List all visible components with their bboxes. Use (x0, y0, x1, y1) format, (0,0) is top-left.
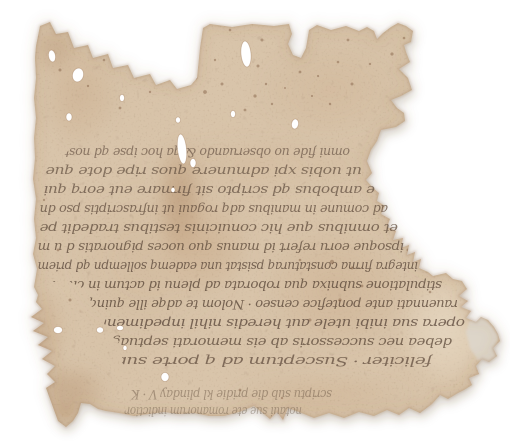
script-line-9: rauennati ante pontefice censeo · Nolom … (35, 296, 458, 311)
script-line-1: omni fide uo obseruando & qa hoc ipse qd… (51, 144, 350, 159)
script-line-3: e ambobus qd scripto sit firmare eut eor… (44, 182, 375, 197)
script-line-14: notaui sue ete romanorum indictione (117, 403, 302, 418)
script-line-6: ipsoque eoru refert id manus quo uoces p… (38, 239, 404, 254)
script-line-7: integra firma constaturaq psistat una ea… (38, 258, 418, 273)
script-line-2: ut uobis xpi admunere quos ripe dote que (45, 163, 362, 178)
script-line-5: et omnibus que hic conuicinis testibus t… (39, 220, 398, 235)
parchment-photo-svg: omni fide uo obseruando & qa hoc ipse qd… (0, 0, 510, 447)
manuscript-photo: omni fide uo obseruando & qa hoc ipse qd… (0, 0, 510, 447)
script-line-4: ad comune in manibus adq rogaui ut infra… (40, 201, 388, 216)
script-line-8: stipulatione subnixa qua roborata ad ple… (35, 277, 442, 292)
